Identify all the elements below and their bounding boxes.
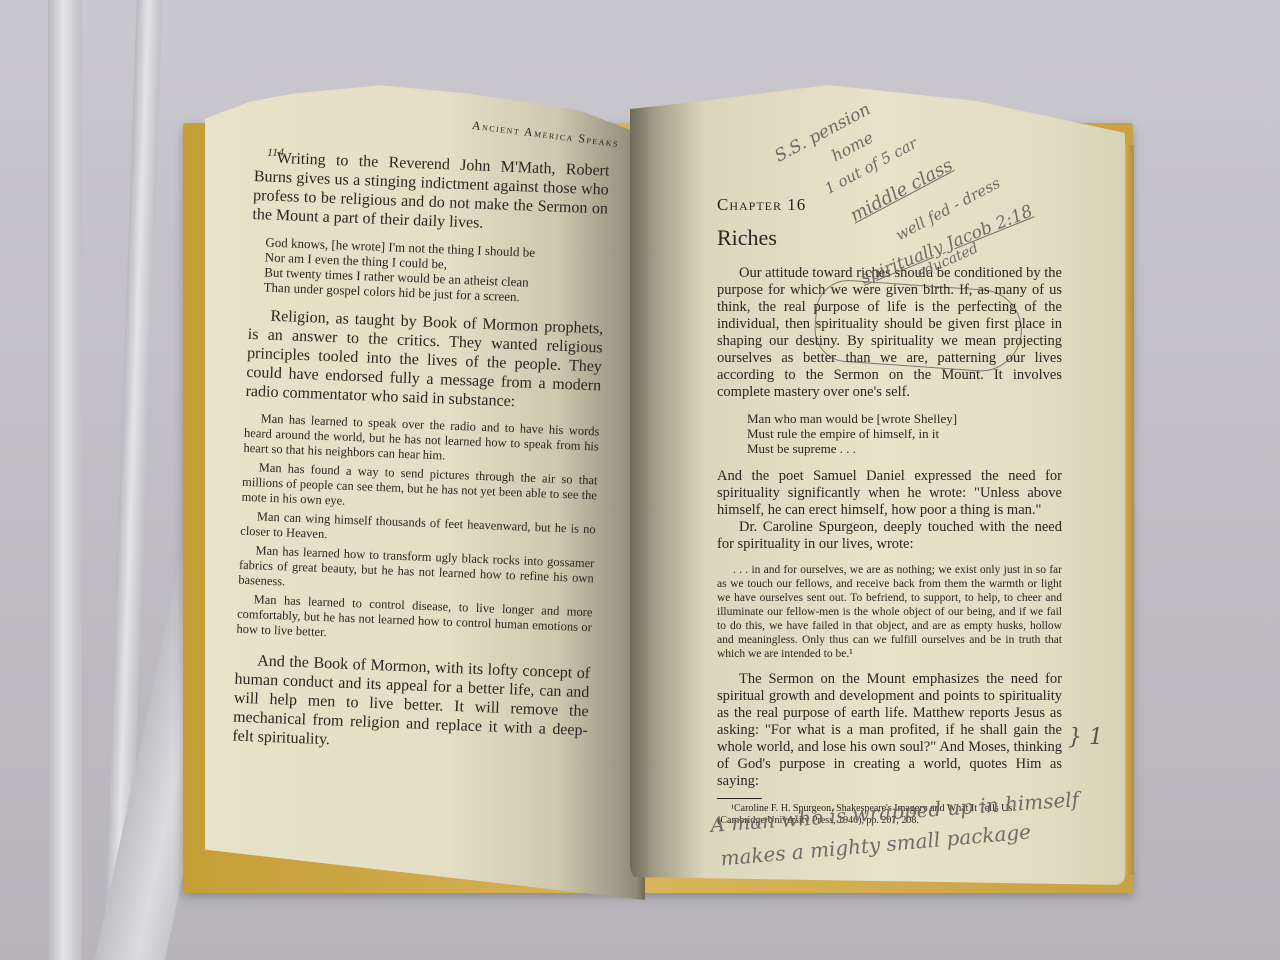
paragraph: The Sermon on the Mount emphasizes the n… [717, 671, 1062, 790]
verse: God knows, [he wrote] I'm not the thing … [263, 234, 606, 307]
verse: Man who man would be [wrote Shelley] Mus… [747, 411, 1062, 456]
paragraph: Religion, as taught by Book of Mormon pr… [245, 306, 603, 415]
chapter-label: Chapter 16 [717, 195, 806, 215]
paragraph: Our attitude toward riches should be con… [717, 265, 1062, 401]
footnote-rule [717, 798, 762, 799]
left-page-body: Writing to the Reverend John M'Math, Rob… [232, 148, 610, 769]
paragraph: And the Book of Mormon, with its lofty c… [232, 651, 590, 760]
block-quote: Man has learned how to transform ugly bl… [238, 543, 594, 602]
block-quote: Man has learned to speak over the radio … [243, 411, 599, 470]
paragraph: Writing to the Reverend John M'Math, Rob… [252, 148, 610, 238]
margin-mark: } 1 [1068, 725, 1103, 750]
chapter-title: Riches [717, 225, 777, 251]
running-head: Ancient America Speaks [471, 118, 620, 151]
block-quote: Man has learned to control disease, to l… [236, 592, 592, 651]
right-page: Chapter 16 Riches Our attitude toward ri… [630, 85, 1125, 885]
block-quote: Man has found a way to send pictures thr… [241, 460, 597, 519]
surface-ridge [48, 0, 82, 960]
paragraph: Dr. Caroline Spurgeon, deeply touched wi… [717, 519, 1062, 553]
right-page-body: Our attitude toward riches should be con… [717, 265, 1062, 827]
block-quote: . . . in and for ourselves, we are as no… [717, 563, 1062, 661]
left-page: Ancient America Speaks 114 Writing to th… [205, 60, 645, 900]
paragraph: And the poet Samuel Daniel expressed the… [717, 468, 1062, 519]
